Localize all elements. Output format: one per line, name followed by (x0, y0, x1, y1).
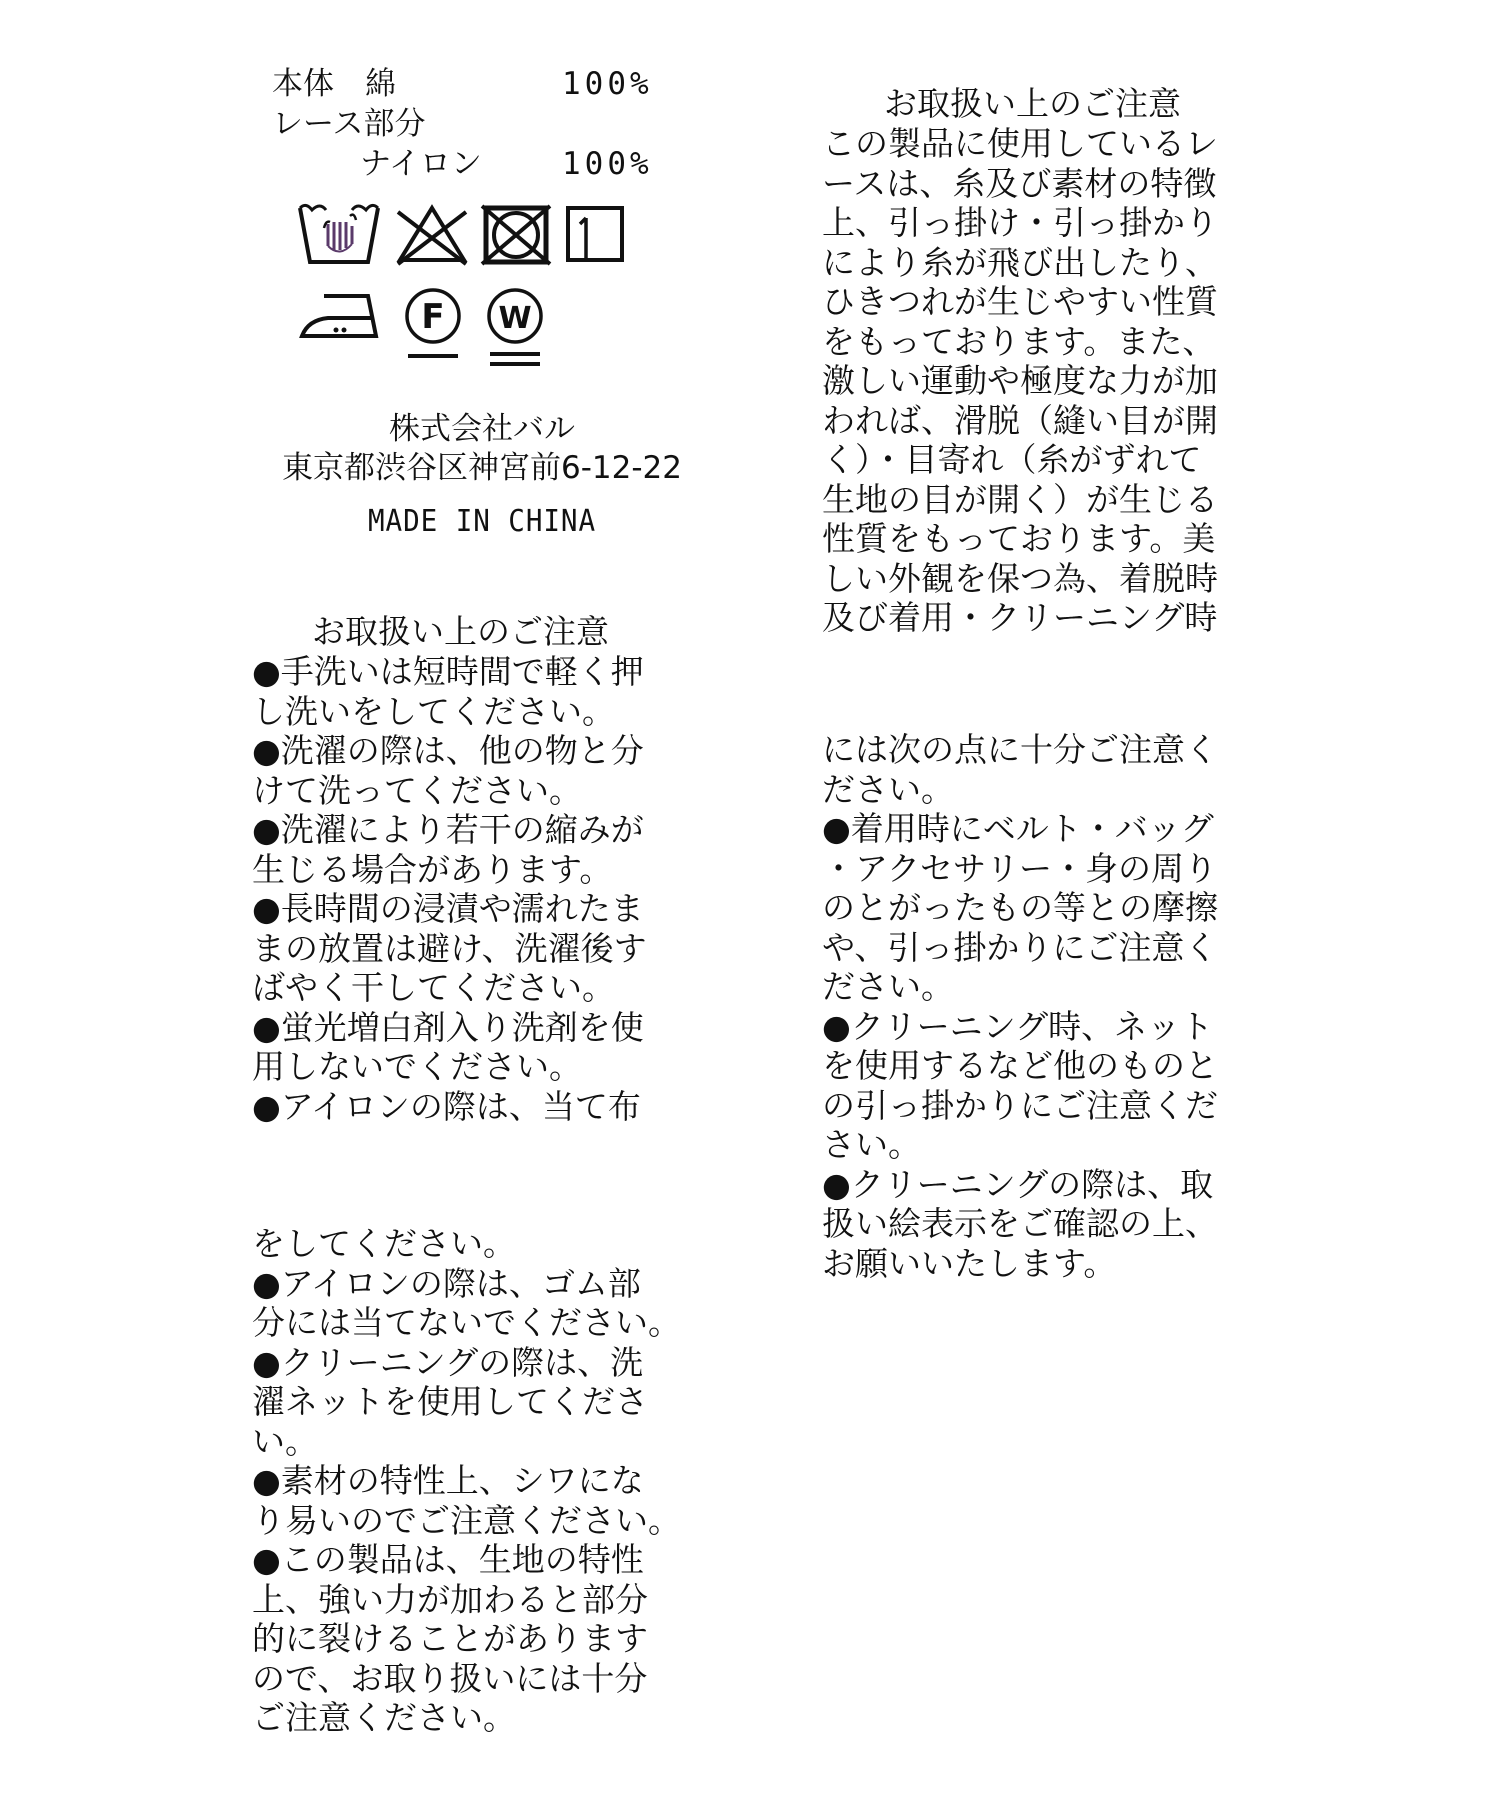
text-line: ご注意ください。 (252, 1698, 722, 1738)
text-line: し洗いをしてください。 (252, 692, 722, 732)
text-line: 濯ネットを使用してくださ (252, 1382, 722, 1422)
hand-wash-icon (296, 202, 382, 266)
text-line: ・アクセサリー・身の周り (822, 849, 1272, 889)
text-line: ●アイロンの際は、ゴム部 (252, 1264, 722, 1304)
text-line: をもっております。また、 (822, 322, 1272, 362)
text-line: ので、お取り扱いには十分 (252, 1659, 722, 1699)
text-line: さい。 (822, 1125, 1272, 1165)
text-line: この製品に使用しているレ (822, 124, 1272, 164)
svg-text:W: W (498, 301, 531, 336)
text-line: ださい。 (822, 967, 1272, 1007)
no-tumble-dry-icon (480, 204, 552, 266)
section-heading: お取扱い上のご注意 (822, 84, 1272, 124)
iron-low-icon (298, 290, 388, 342)
text-line: 分には当てないでください。 (252, 1303, 722, 1343)
text-line: ●洗濯により若干の縮みが (252, 810, 722, 850)
care-notes-part-1: ●手洗いは短時間で軽く押し洗いをしてください。●洗濯の際は、他の物と分けて洗って… (252, 652, 722, 1126)
text-line: ●この製品は、生地の特性 (252, 1540, 722, 1580)
text-line: をしてください。 (252, 1224, 722, 1264)
line-dry-icon (564, 204, 626, 264)
text-line: ださい。 (822, 770, 1272, 810)
text-line: 用しないでください。 (252, 1047, 722, 1087)
text-line: お願いいたします。 (822, 1244, 1272, 1284)
care-notes-part-2: をしてください。●アイロンの際は、ゴム部分には当てないでください。●クリーニング… (252, 1224, 722, 1738)
composition-row-body: 本体 綿 100% (272, 64, 692, 104)
composition-row-nylon: ナイロン 100% (272, 144, 692, 184)
svg-text:F: F (421, 297, 444, 337)
text-line: ●クリーニングの際は、取 (822, 1165, 1272, 1205)
text-line: には次の点に十分ご注意く (822, 730, 1272, 770)
right-care-notes-continued: には次の点に十分ご注意ください。●着用時にベルト・バッグ・アクセサリー・身の周り… (822, 730, 1272, 1283)
text-line: ●洗濯の際は、他の物と分 (252, 731, 722, 771)
care-symbols: F W (296, 202, 676, 382)
composition-label: 本体 綿 (272, 64, 396, 104)
text-line: 生じる場合があります。 (252, 850, 722, 890)
composition-value: 100% (562, 144, 653, 184)
wet-clean-w-icon: W (482, 286, 548, 378)
text-line: 生地の目が開く）が生じる (822, 480, 1272, 520)
fiber-composition: 本体 綿 100% レース部分 ナイロン 100% (272, 64, 692, 184)
text-line: ースは、糸及び素材の特徴 (822, 164, 1272, 204)
text-line: ●クリーニングの際は、洗 (252, 1343, 722, 1383)
text-line: 上、引っ掛け・引っ掛かり (822, 203, 1272, 243)
text-line: けて洗ってください。 (252, 771, 722, 811)
text-line: ●素材の特性上、シワにな (252, 1461, 722, 1501)
text-line: ●長時間の浸漬や濡れたま (252, 889, 722, 929)
left-care-notes-continued: をしてください。●アイロンの際は、ゴム部分には当てないでください。●クリーニング… (252, 1224, 722, 1738)
text-line: 扱い絵表示をご確認の上、 (822, 1204, 1272, 1244)
text-line: ばやく干してください。 (252, 968, 722, 1008)
text-line: 上、強い力が加わると部分 (252, 1580, 722, 1620)
text-line: 性質をもっております。美 (822, 519, 1272, 559)
lace-notes-part-1: この製品に使用しているレースは、糸及び素材の特徴上、引っ掛け・引っ掛かりにより糸… (822, 124, 1272, 638)
text-line: い。 (252, 1422, 722, 1462)
text-line: の引っ掛かりにご注意くだ (822, 1086, 1272, 1126)
text-line: や、引っ掛かりにご注意く (822, 928, 1272, 968)
company-address: 東京都渋谷区神宮前6-12-22 (262, 449, 702, 488)
text-line: く）・目寄れ（糸がずれて (822, 440, 1272, 480)
text-line: を使用するなど他のものと (822, 1046, 1272, 1086)
text-line: まの放置は避け、洗濯後す (252, 929, 722, 969)
composition-value: 100% (562, 64, 653, 104)
company-info: 株式会社バル 東京都渋谷区神宮前6-12-22 (262, 410, 702, 488)
right-care-notes: お取扱い上のご注意 この製品に使用しているレースは、糸及び素材の特徴上、引っ掛け… (822, 84, 1272, 638)
section-heading: お取扱い上のご注意 (252, 612, 722, 652)
text-line: ●着用時にベルト・バッグ (822, 809, 1272, 849)
text-line: われば、滑脱（縫い目が開 (822, 401, 1272, 441)
text-line: 的に裂けることがあります (252, 1619, 722, 1659)
text-line: り易いのでご注意ください。 (252, 1501, 722, 1541)
composition-label: レース部分 (272, 104, 425, 144)
dry-clean-f-icon: F (400, 286, 466, 366)
company-name: 株式会社バル (262, 410, 702, 449)
lace-notes-part-2: には次の点に十分ご注意ください。●着用時にベルト・バッグ・アクセサリー・身の周り… (822, 730, 1272, 1283)
left-care-notes: お取扱い上のご注意 ●手洗いは短時間で軽く押し洗いをしてください。●洗濯の際は、… (252, 612, 722, 1126)
text-line: 激しい運動や極度な力が加 (822, 361, 1272, 401)
composition-row-lace: レース部分 (272, 104, 692, 144)
country-of-origin: MADE IN CHINA (280, 502, 685, 542)
no-bleach-icon (394, 202, 470, 266)
text-line: ●蛍光増白剤入り洗剤を使 (252, 1008, 722, 1048)
text-line: ●クリーニング時、ネット (822, 1007, 1272, 1047)
text-line: ひきつれが生じやすい性質 (822, 282, 1272, 322)
text-line: ●手洗いは短時間で軽く押 (252, 652, 722, 692)
text-line: のとがったもの等との摩擦 (822, 888, 1272, 928)
text-line: しい外観を保つ為、着脱時 (822, 559, 1272, 599)
composition-label: ナイロン (360, 144, 482, 184)
text-line: により糸が飛び出したり、 (822, 243, 1272, 283)
text-line: 及び着用・クリーニング時 (822, 598, 1272, 638)
text-line: ●アイロンの際は、当て布 (252, 1087, 722, 1127)
